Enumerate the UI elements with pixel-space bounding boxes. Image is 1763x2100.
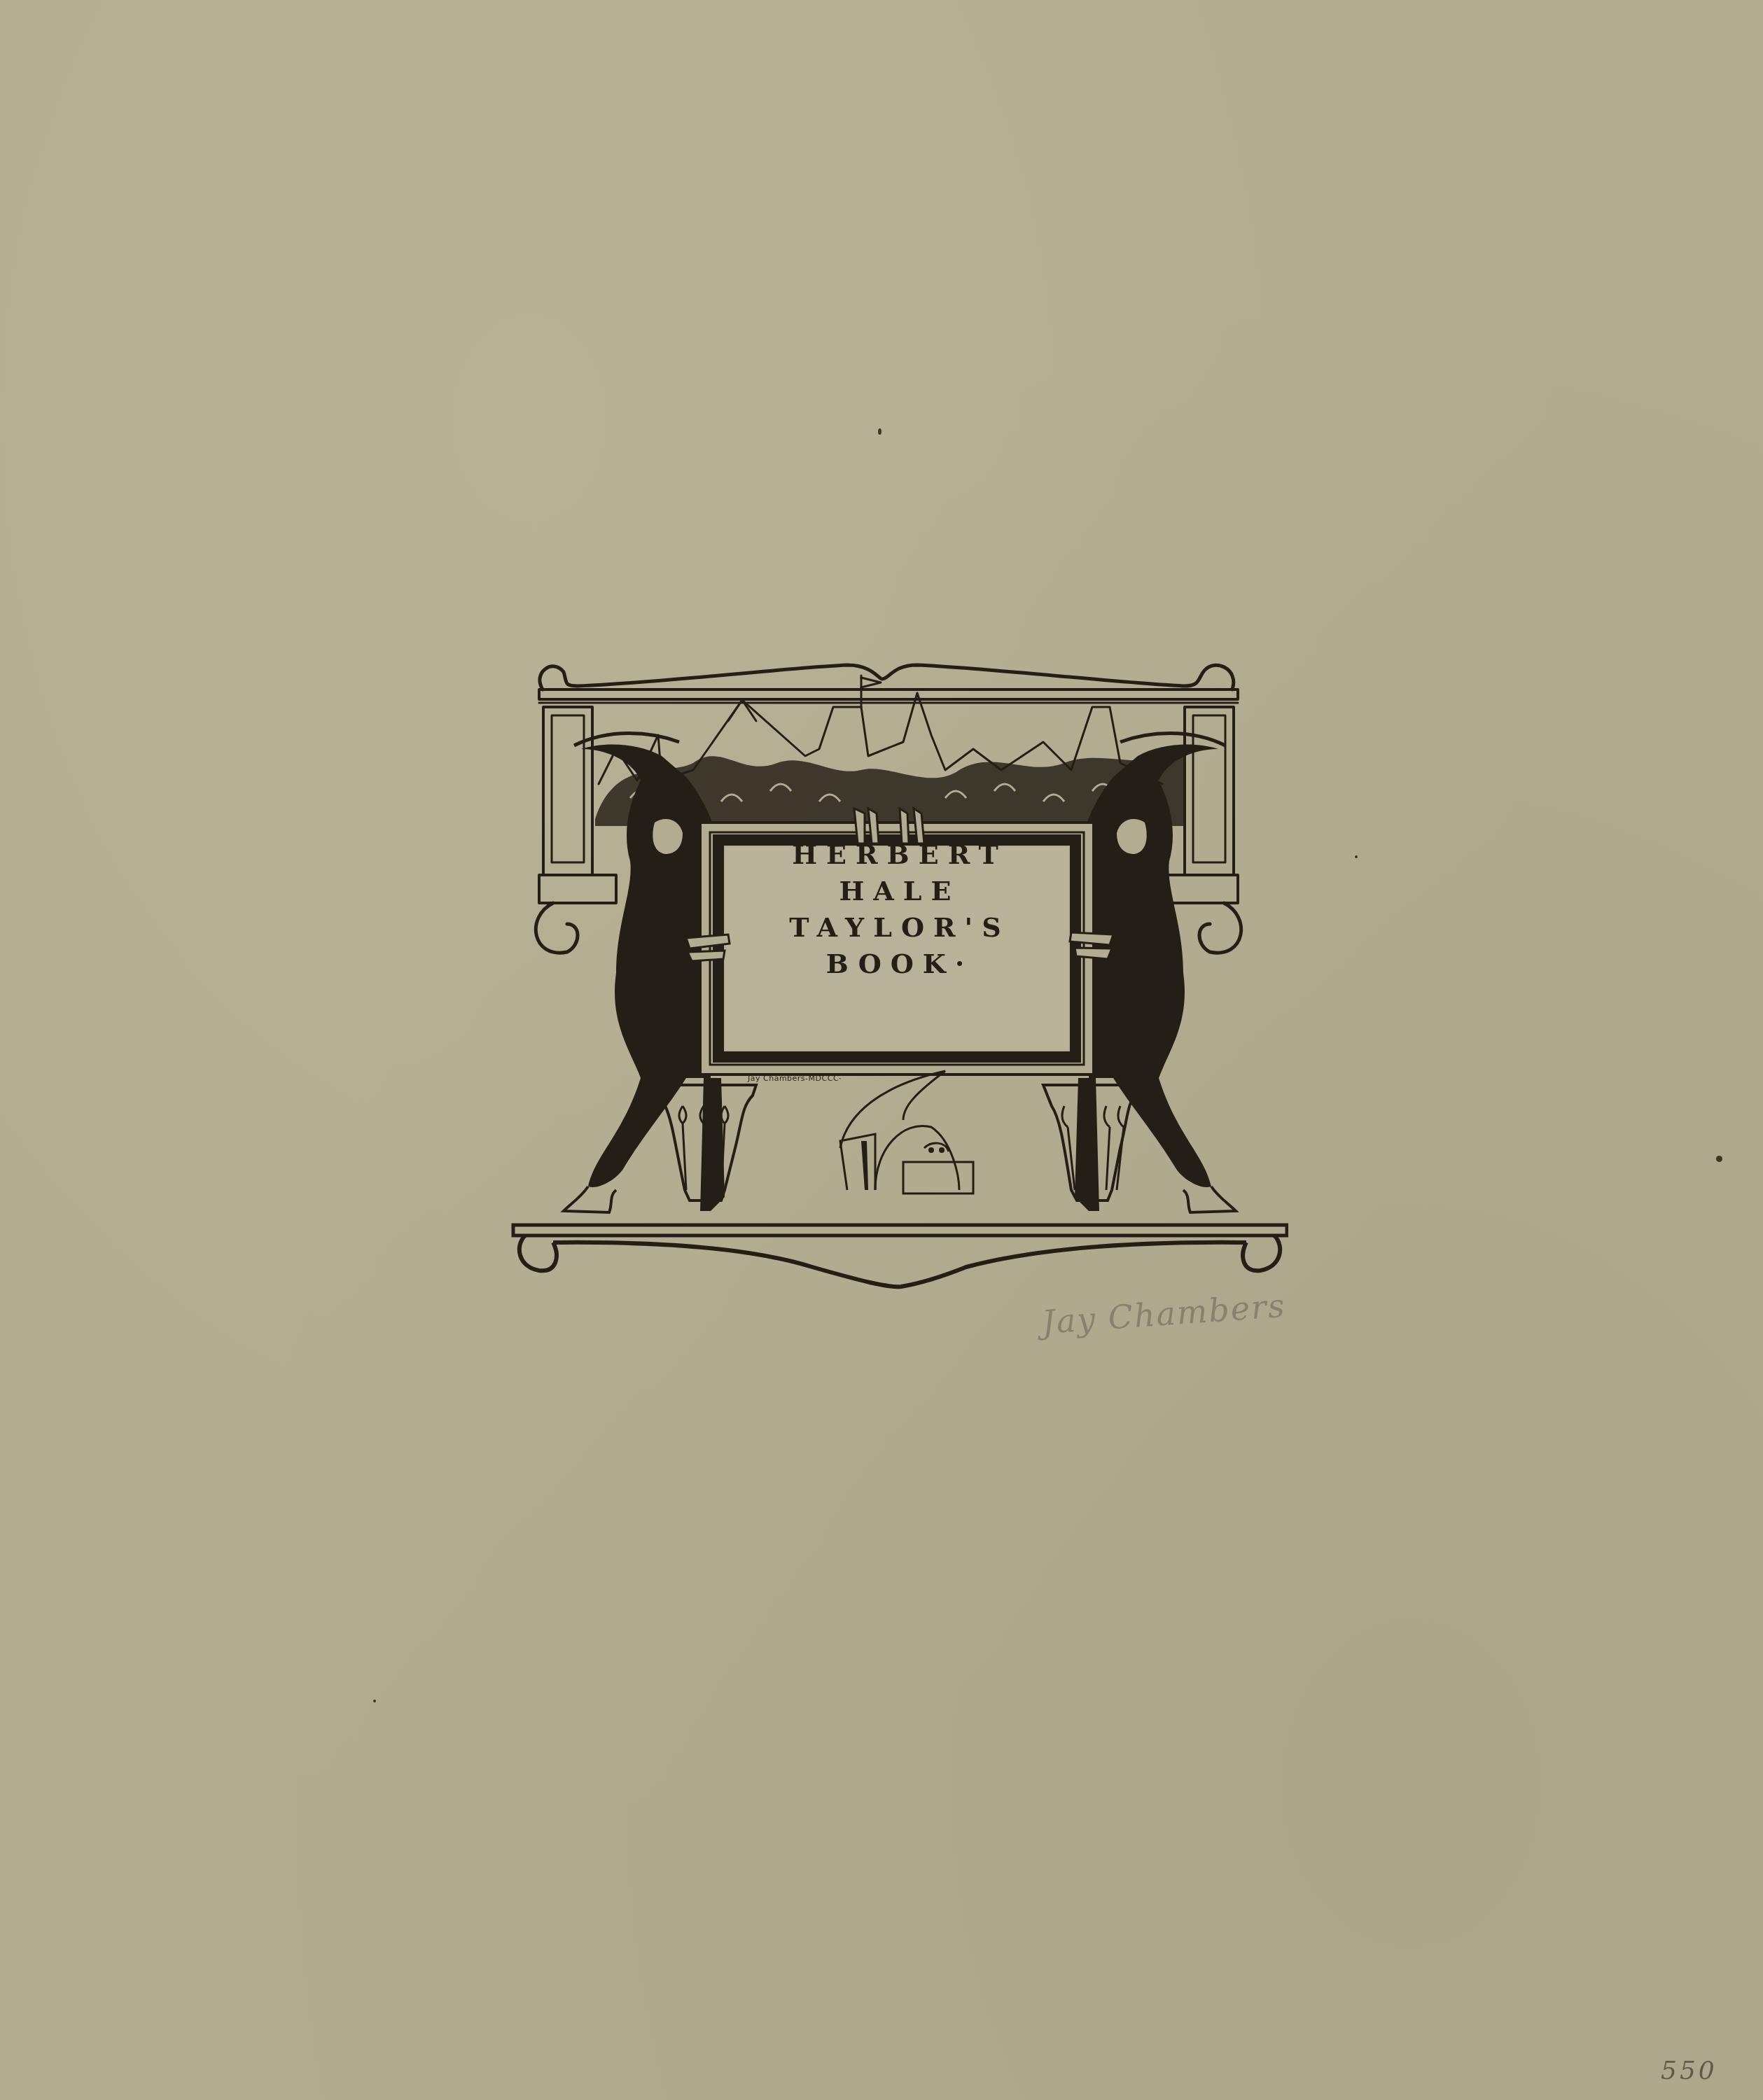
inscription-line-2: HALE <box>725 873 1075 909</box>
bookplate-page: HERBERT HALE TAYLOR'S BOOK· Jay Chambers… <box>0 0 1763 2100</box>
ink-speck <box>1716 1156 1722 1162</box>
ink-speck <box>373 1700 376 1702</box>
bookplate-illustration: HERBERT HALE TAYLOR'S BOOK· Jay Chambers… <box>511 658 1288 1295</box>
page-number: 550 <box>1661 2057 1717 2085</box>
inscription-line-4: BOOK· <box>725 946 1075 982</box>
ink-speck <box>1355 855 1358 858</box>
inscription-line-3: TAYLOR'S <box>725 909 1075 946</box>
bookplate-inscription: HERBERT HALE TAYLOR'S BOOK· <box>725 836 1075 982</box>
inscription-line-1: HERBERT <box>725 836 1075 873</box>
artist-credit: Jay Chambers-MDCCC· <box>748 1074 842 1083</box>
ink-speck <box>878 428 881 435</box>
